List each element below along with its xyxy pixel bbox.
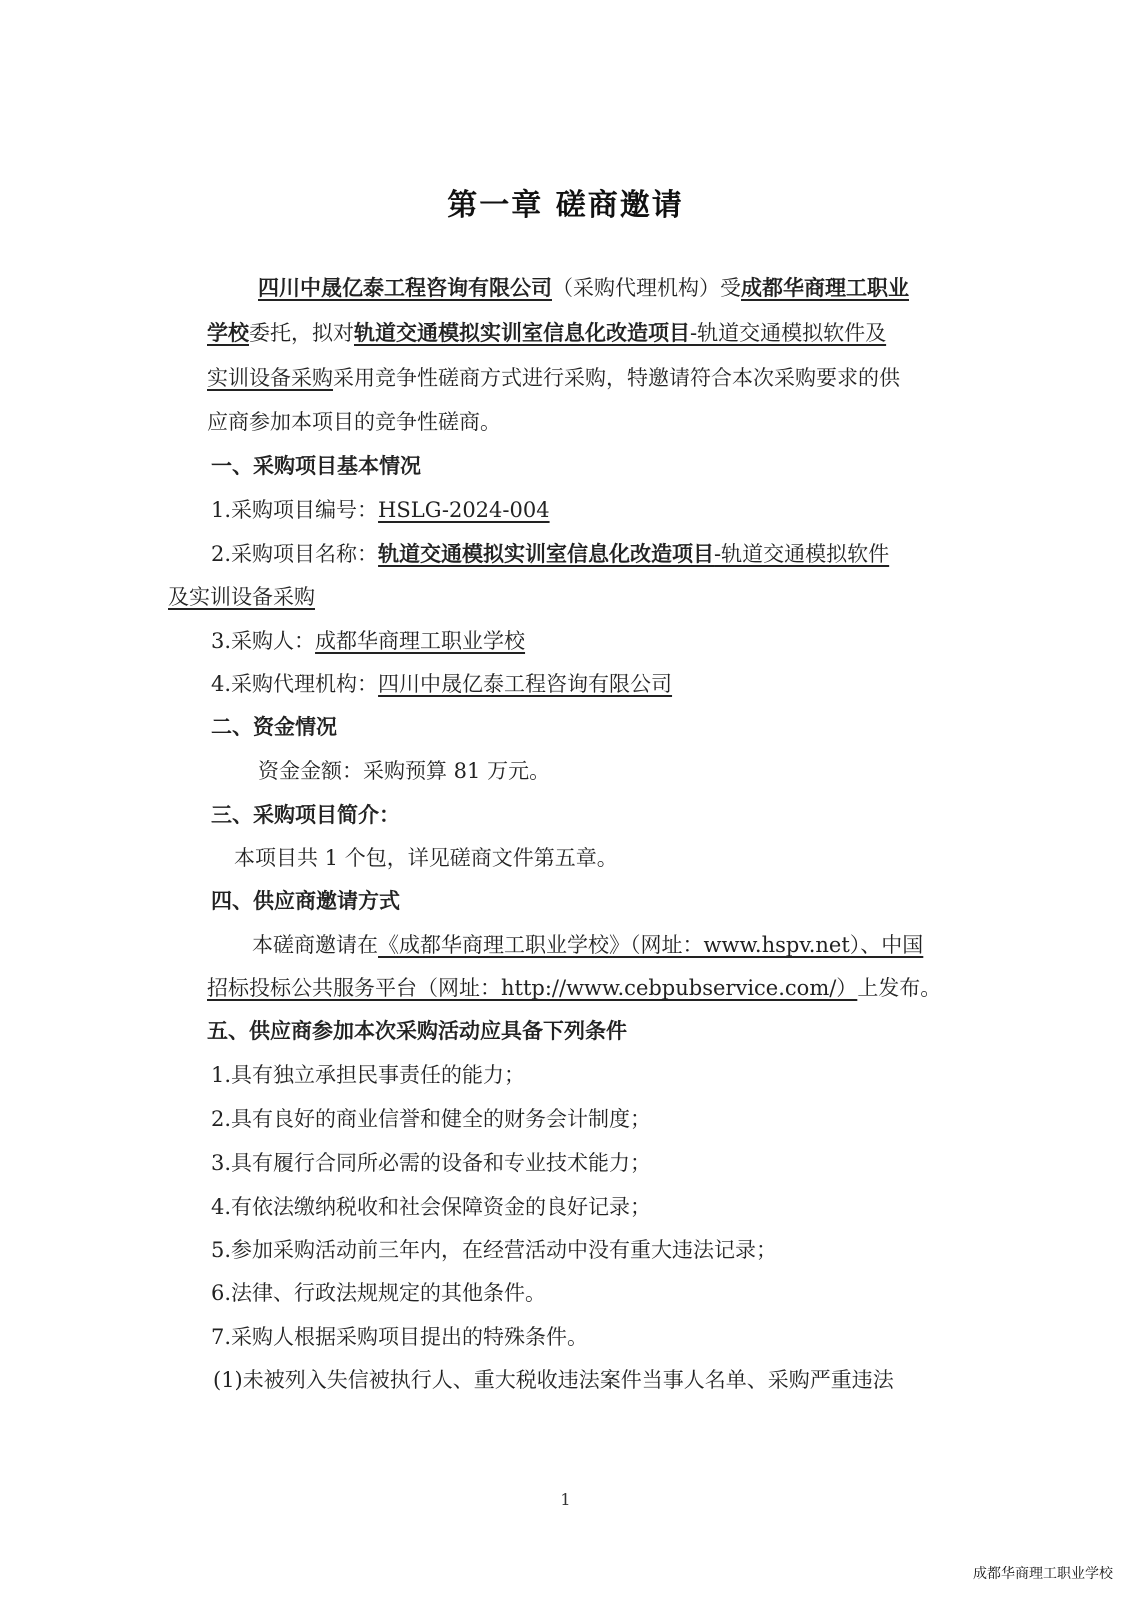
item-label: 3.采购人： — [211, 629, 315, 653]
intro-line-3: 实训设备采购采用竞争性磋商方式进行采购，特邀请符合本次采购要求的供 — [207, 363, 900, 393]
agency-role: （采购代理机构）受 — [552, 276, 741, 300]
agency-value: 四川中晟亿泰工程咨询有限公司 — [378, 672, 672, 696]
project-number-value: HSLG-2024-004 — [378, 498, 550, 522]
project-name-value-line2: 及实训设备采购 — [168, 585, 315, 609]
invitation-prefix: 本磋商邀请在 — [252, 933, 378, 957]
agency-name: 四川中晟亿泰工程咨询有限公司 — [258, 275, 552, 300]
intro-method-text: 采用竞争性磋商方式进行采购，特邀请符合本次采购要求的供 — [333, 366, 900, 390]
project-name-value-rest: -轨道交通模拟软件 — [714, 542, 889, 566]
condition-item: 6.法律、行政法规规定的其他条件。 — [211, 1278, 546, 1308]
purchaser-value: 成都华商理工职业学校 — [315, 629, 525, 653]
invitation-suffix: 上发布。 — [857, 976, 941, 1000]
section2-heading: 二、资金情况 — [211, 712, 337, 742]
purchaser-name-part1: 成都华商理工职业 — [741, 275, 909, 300]
condition-item: 7.采购人根据采购项目提出的特殊条件。 — [211, 1322, 588, 1352]
intro-line-4: 应商参加本项目的竞争性磋商。 — [207, 407, 501, 437]
project-name-rest: -轨道交通模拟软件及 — [690, 321, 886, 345]
item-project-name: 2.采购项目名称：轨道交通模拟实训室信息化改造项目-轨道交通模拟软件 — [211, 539, 889, 569]
page-title: 第一章 磋商邀请 — [0, 180, 1131, 224]
footer-organization: 成都华商理工职业学校 — [973, 1563, 1113, 1583]
condition-item: 2.具有良好的商业信誉和健全的财务会计制度； — [211, 1104, 651, 1134]
project-name-bold: 轨道交通模拟实训室信息化改造项目 — [354, 320, 690, 345]
entrust-text: 委托，拟对 — [249, 321, 354, 345]
website-link-cebpubservice[interactable]: 招标投标公共服务平台（网址：http://www.cebpubservice.c… — [207, 976, 857, 1000]
project-name-rest-2: 实训设备采购 — [207, 366, 333, 390]
website-link-hspv[interactable]: 《成都华商理工职业学校》（网址：www.hspv.net）、中国 — [378, 933, 923, 957]
purchaser-name-part2: 学校 — [207, 320, 249, 345]
section3-heading: 三、采购项目简介： — [211, 800, 400, 830]
invitation-line-2: 招标投标公共服务平台（网址：http://www.cebpubservice.c… — [207, 973, 941, 1003]
project-name-value-bold: 轨道交通模拟实训室信息化改造项目 — [378, 541, 714, 566]
invitation-line-1: 本磋商邀请在《成都华商理工职业学校》（网址：www.hspv.net）、中国 — [252, 930, 923, 960]
condition-subitem: (1)未被列入失信被执行人、重大税收违法案件当事人名单、采购严重违法 — [213, 1365, 894, 1395]
section5-heading: 五、供应商参加本次采购活动应具备下列条件 — [207, 1016, 627, 1046]
item-label: 4.采购代理机构： — [211, 672, 378, 696]
section1-heading: 一、采购项目基本情况 — [211, 451, 421, 481]
item-project-name-cont: 及实训设备采购 — [168, 582, 315, 612]
condition-item: 4.有依法缴纳税收和社会保障资金的良好记录； — [211, 1192, 651, 1222]
intro-line-1: 四川中晟亿泰工程咨询有限公司（采购代理机构）受成都华商理工职业 — [258, 273, 909, 303]
condition-item: 1.具有独立承担民事责任的能力； — [211, 1060, 525, 1090]
item-label: 2.采购项目名称： — [211, 542, 378, 566]
intro-line-2: 学校委托，拟对轨道交通模拟实训室信息化改造项目-轨道交通模拟软件及 — [207, 318, 886, 348]
budget-text: 资金金额：采购预算 81 万元。 — [258, 756, 550, 786]
item-agency: 4.采购代理机构：四川中晟亿泰工程咨询有限公司 — [211, 669, 672, 699]
item-label: 1.采购项目编号： — [211, 498, 378, 522]
item-project-number: 1.采购项目编号：HSLG-2024-004 — [211, 495, 550, 525]
condition-item: 5.参加采购活动前三年内，在经营活动中没有重大违法记录； — [211, 1235, 777, 1265]
item-purchaser: 3.采购人：成都华商理工职业学校 — [211, 626, 525, 656]
page-number: 1 — [0, 1490, 1131, 1509]
section4-heading: 四、供应商邀请方式 — [211, 886, 400, 916]
package-text: 本项目共 1 个包，详见磋商文件第五章。 — [234, 843, 618, 873]
condition-item: 3.具有履行合同所必需的设备和专业技术能力； — [211, 1148, 651, 1178]
